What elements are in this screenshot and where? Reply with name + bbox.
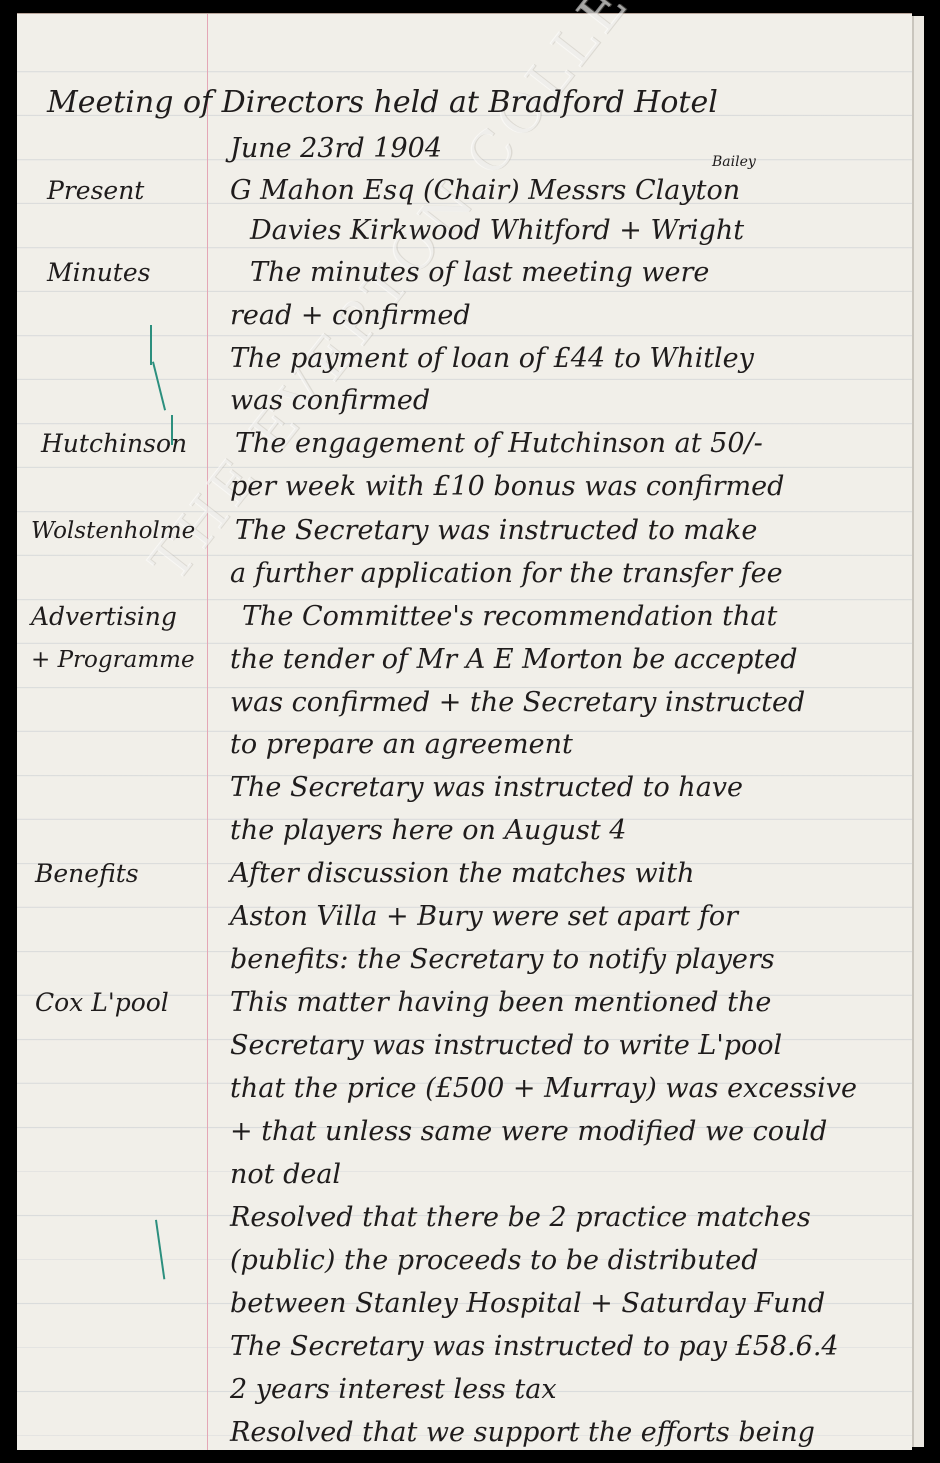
margin-rule xyxy=(207,14,208,1450)
entry-line: The Secretary was instructed to have xyxy=(230,771,743,805)
entry-line: The Secretary was instructed to make xyxy=(235,514,757,548)
entry-line: After discussion the matches with xyxy=(230,857,694,891)
entry-line: 2 years interest less tax xyxy=(230,1373,557,1407)
entry-line: Secretary was instructed to write L'pool xyxy=(230,1029,782,1063)
entry-line: Resolved that there be 2 practice matche… xyxy=(230,1201,811,1235)
page-edge xyxy=(912,16,924,1447)
entry-line: The engagement of Hutchinson at 50/- xyxy=(235,427,763,461)
entry-line: The minutes of last meeting were xyxy=(250,256,709,290)
entry-line: benefits: the Secretary to notify player… xyxy=(230,943,775,977)
entry-line: + that unless same were modified we coul… xyxy=(230,1115,827,1149)
check-mark-icon xyxy=(171,415,173,445)
side-heading-wolstenholme: Wolstenholme xyxy=(31,514,195,548)
insertion-bailey: Bailey xyxy=(712,154,756,170)
entry-line: per week with £10 bonus was confirmed xyxy=(230,470,784,504)
entry-line: G Mahon Esq (Chair) Messrs Clayton xyxy=(230,174,740,208)
entry-line: read + confirmed xyxy=(230,299,471,333)
entry-line: Aston Villa + Bury were set apart for xyxy=(230,900,738,934)
entry-line: (public) the proceeds to be distributed xyxy=(230,1244,759,1278)
check-mark-icon xyxy=(150,325,152,365)
entry-line: Davies Kirkwood Whitford + Wright xyxy=(250,214,744,248)
side-heading-hutchinson: Hutchinson xyxy=(41,427,187,461)
entry-line: to prepare an agreement xyxy=(230,728,573,762)
meeting-title: Meeting of Directors held at Bradford Ho… xyxy=(47,86,718,120)
entry-line: between Stanley Hospital + Saturday Fund xyxy=(230,1287,825,1321)
side-heading-cox-lpool: Cox L'pool xyxy=(35,986,169,1020)
entry-line: the players here on August 4 xyxy=(230,814,626,848)
entry-line: The Committee's recommendation that xyxy=(242,600,777,634)
side-heading-minutes: Minutes xyxy=(47,256,150,290)
side-heading-programme: + Programme xyxy=(31,643,195,677)
entry-line: the tender of Mr A E Morton be accepted xyxy=(230,643,798,677)
ledger-page: THE EVERTON COLLECTION CHARITABLE TRUST … xyxy=(17,13,912,1450)
entry-line: was confirmed + the Secretary instructed xyxy=(230,686,805,720)
side-heading-benefits: Benefits xyxy=(35,857,139,891)
entry-line: The Secretary was instructed to pay £58.… xyxy=(230,1330,839,1364)
entry-line: The payment of loan of £44 to Whitley xyxy=(230,342,754,376)
entry-line: not deal xyxy=(230,1158,341,1192)
entry-line: a further application for the transfer f… xyxy=(230,557,783,591)
meeting-date: June 23rd 1904 xyxy=(230,132,442,166)
entry-line: was confirmed xyxy=(230,384,430,418)
side-heading-present: Present xyxy=(47,174,144,208)
entry-line: Resolved that we support the efforts bei… xyxy=(230,1416,815,1450)
entry-line: that the price (£500 + Murray) was exces… xyxy=(230,1072,857,1106)
entry-line: This matter having been mentioned the xyxy=(230,986,771,1020)
side-heading-advertising: Advertising xyxy=(31,600,177,634)
